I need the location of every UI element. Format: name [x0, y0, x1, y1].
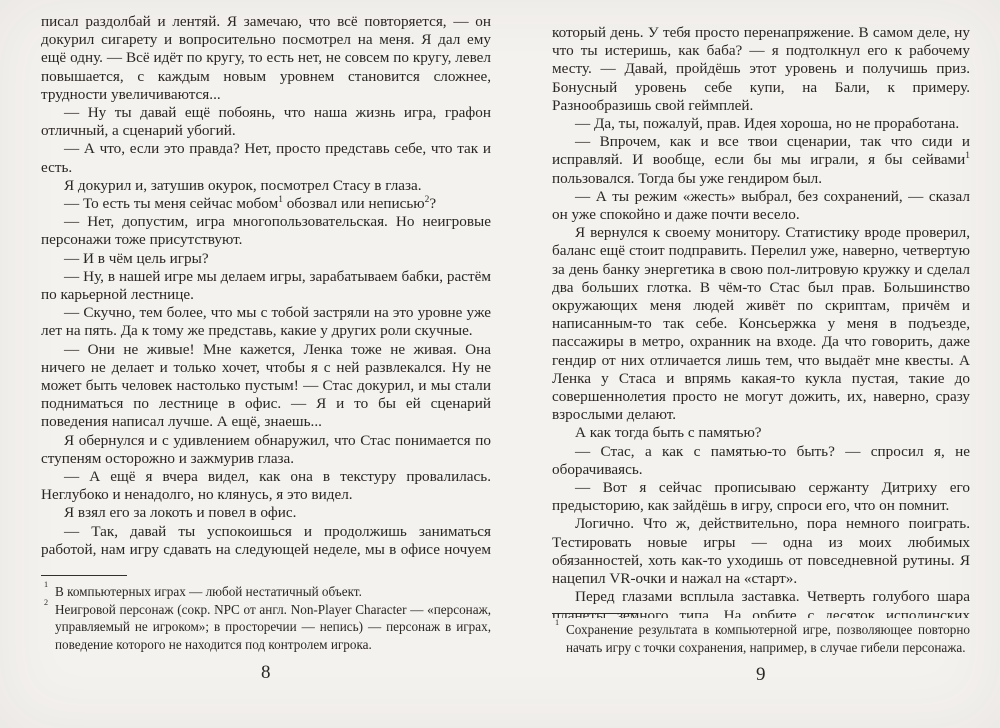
footnote: 1Сохранение результата в компьютерной иг…	[552, 621, 970, 656]
footnote-marker: 2	[425, 195, 430, 205]
paragraph: — А ты режим «жесть» выбрал, без сохране…	[552, 188, 970, 224]
paragraph: — Скучно, тем более, что мы с тобой заст…	[41, 304, 491, 340]
paragraph: — Так, давай ты успокоишься и продолжишь…	[41, 523, 491, 565]
paragraph: — Нет, допустим, игра многопользовательс…	[41, 213, 491, 249]
page-9: который день. У тебя просто перенапряжен…	[552, 0, 970, 728]
paragraph: Я вернулся к своему монитору. Статистику…	[552, 224, 970, 424]
paragraph: Я обернулся и с удивлением обнаружил, чт…	[41, 432, 491, 468]
page-8: писал раздолбай и лентяй. Я замечаю, что…	[41, 0, 491, 728]
footnotes-section: 1Сохранение результата в компьютерной иг…	[552, 613, 970, 656]
page-number: 8	[41, 662, 491, 684]
paragraph: — А ещё я вчера видел, как она в текстур…	[41, 468, 491, 504]
paragraph: — Ну, в нашей игре мы делаем игры, зараб…	[41, 268, 491, 304]
paragraph: писал раздолбай и лентяй. Я замечаю, что…	[41, 13, 491, 104]
footnotes-list: 1Сохранение результата в компьютерной иг…	[552, 621, 970, 656]
paragraph: — Ну ты давай ещё побоянь, что наша жизн…	[41, 104, 491, 140]
footnote-marker: 1	[965, 151, 970, 161]
paragraph: — То есть ты меня сейчас мобом1 обозвал …	[41, 195, 491, 213]
paragraph: — Вот я сейчас прописываю сержанту Дитри…	[552, 479, 970, 515]
footnote-marker: 1	[278, 195, 283, 205]
footnotes-list: 1В компьютерных играх — любой нестатичны…	[41, 583, 491, 653]
footnote: 1В компьютерных играх — любой нестатичны…	[41, 583, 491, 601]
paragraph: Я взял его за локоть и повел в офис.	[41, 504, 491, 522]
paragraph: — Они не живые! Мне кажется, Ленка тоже …	[41, 341, 491, 432]
paragraph: — Да, ты, пожалуй, прав. Идея хороша, но…	[552, 115, 970, 133]
paragraph: — И в чём цель игры?	[41, 250, 491, 268]
footnote: 2Неигровой персонаж (сокр. NPC от англ. …	[41, 601, 491, 654]
footnote-separator-rule	[552, 613, 638, 614]
paragraph: Я докурил и, затушив окурок, посмотрел С…	[41, 177, 491, 195]
page-body: который день. У тебя просто перенапряжен…	[552, 24, 970, 618]
paragraph: — А что, если это правда? Нет, просто пр…	[41, 140, 491, 176]
footnotes-section: 1В компьютерных играх — любой нестатичны…	[41, 575, 491, 653]
book-spread: писал раздолбай и лентяй. Я замечаю, что…	[0, 0, 1000, 728]
page-number: 9	[552, 664, 970, 686]
paragraph: А как тогда быть с памятью?	[552, 424, 970, 442]
footnote-separator-rule	[41, 575, 127, 576]
paragraph: Логично. Что ж, действительно, пора немн…	[552, 515, 970, 588]
page-body: писал раздолбай и лентяй. Я замечаю, что…	[41, 13, 491, 565]
paragraph: который день. У тебя просто перенапряжен…	[552, 24, 970, 115]
paragraph: — Впрочем, как и все твои сценарии, так …	[552, 133, 970, 188]
paragraph: — Стас, а как с памятью-то быть? — спрос…	[552, 443, 970, 479]
